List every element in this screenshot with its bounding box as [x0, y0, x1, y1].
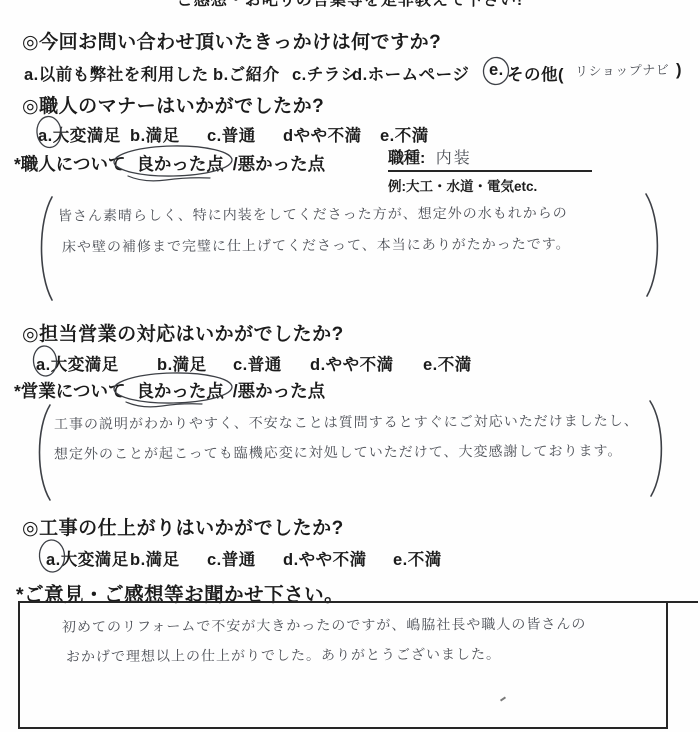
source-close-paren: ) [676, 61, 682, 80]
comment-bracket-right-2 [650, 401, 661, 496]
finish-option-a: a.大変満足 [46, 546, 129, 570]
comment-bracket-left-1 [42, 197, 53, 300]
finish-option-d: d.やや不満 [283, 546, 367, 570]
manner-option-b: b.満足 [130, 122, 180, 146]
sales-option-a: a.大変満足 [36, 351, 119, 375]
comment-bracket-right-1 [646, 194, 657, 296]
question-source-heading: ◎今回お問い合わせ頂いたきっかけは何ですか? [22, 27, 441, 54]
craftsman-comment-line1: 皆さん素晴らしく、特に内装をしてくださった方が、想定外の水もれからの [58, 202, 568, 225]
feedback-comment-line1: 初めてのリフォームで不安が大きかったのですが、嶋脇社長や職人の皆さんの [62, 613, 586, 636]
sales-comment-line2: 想定外のことが起こっても臨機応変に対処していただけて、大変感謝しております。 [54, 440, 622, 463]
sales-option-c: c.普通 [233, 351, 282, 375]
manner-option-c: c.普通 [207, 122, 256, 146]
manner-option-a: a.大変満足 [38, 122, 121, 146]
craftsman-good-point-label: 良かった点 [136, 154, 224, 174]
question-finish-heading: ◎工事の仕上がりはいかがでしたか? [22, 513, 344, 540]
comment-bracket-left-2 [40, 405, 51, 500]
finish-option-b: b.満足 [130, 546, 180, 570]
finish-option-c: c.普通 [207, 546, 256, 570]
sales-option-d: d.やや不満 [310, 351, 394, 375]
source-option-b: b.ご紹介 [213, 61, 280, 85]
sales-review-label: *営業について [14, 381, 125, 401]
top-banner-cropped-text: ご感想・お叱りの言葉等を是非教えて下さい! [0, 0, 700, 10]
craftsman-bad-point-label: /悪かった点 [233, 154, 325, 174]
source-option-e-label: その他( [507, 61, 564, 85]
survey-scan-page: ご感想・お叱りの言葉等を是非教えて下さい! ◎今回お問い合わせ頂いたきっかけは何… [0, 0, 700, 732]
finish-option-e: e.不満 [393, 546, 442, 570]
sales-option-e: e.不満 [423, 351, 472, 375]
source-option-a: a.以前も弊社を利用した [24, 61, 209, 85]
craftsman-comment-line2: 床や壁の補修まで完璧に仕上げてくださって、本当にありがたかったです。 [62, 233, 571, 256]
source-other-handwritten-value: リショップナビ [575, 59, 670, 80]
good-point-wave-craftsman [128, 176, 210, 181]
feedback-comment-line2: おかげで理想以上の仕上がりでした。ありがとうございました。 [66, 644, 501, 667]
job-type-handwritten-value: 内装 [436, 150, 472, 167]
sales-good-point-label: 良かった点 [136, 381, 224, 401]
craftsman-review-label: *職人について [14, 154, 125, 174]
sales-bad-point-label: /悪かった点 [233, 381, 325, 401]
question-manner-heading: ◎職人のマナーはいかがでしたか? [22, 91, 324, 118]
manner-option-e: e.不満 [380, 122, 429, 146]
job-type-example: 例:大工・水道・電気etc. [388, 175, 592, 195]
source-option-e: e. [489, 61, 504, 80]
feedback-box-topline-extension [664, 601, 698, 603]
manner-option-d: dやや不満 [283, 122, 362, 146]
source-option-d: d.ホームページ [352, 61, 469, 85]
question-sales-heading: ◎担当営業の対応はいかがでしたか? [22, 319, 344, 346]
source-option-c: c.チラシ [292, 61, 358, 85]
sales-comment-line1: 工事の説明がわかりやすく、不安なことは質問するとすぐにご対応いただけましたし、 [54, 410, 639, 434]
sales-option-b: b.満足 [157, 351, 207, 375]
job-type-label: 職種: [388, 150, 425, 167]
